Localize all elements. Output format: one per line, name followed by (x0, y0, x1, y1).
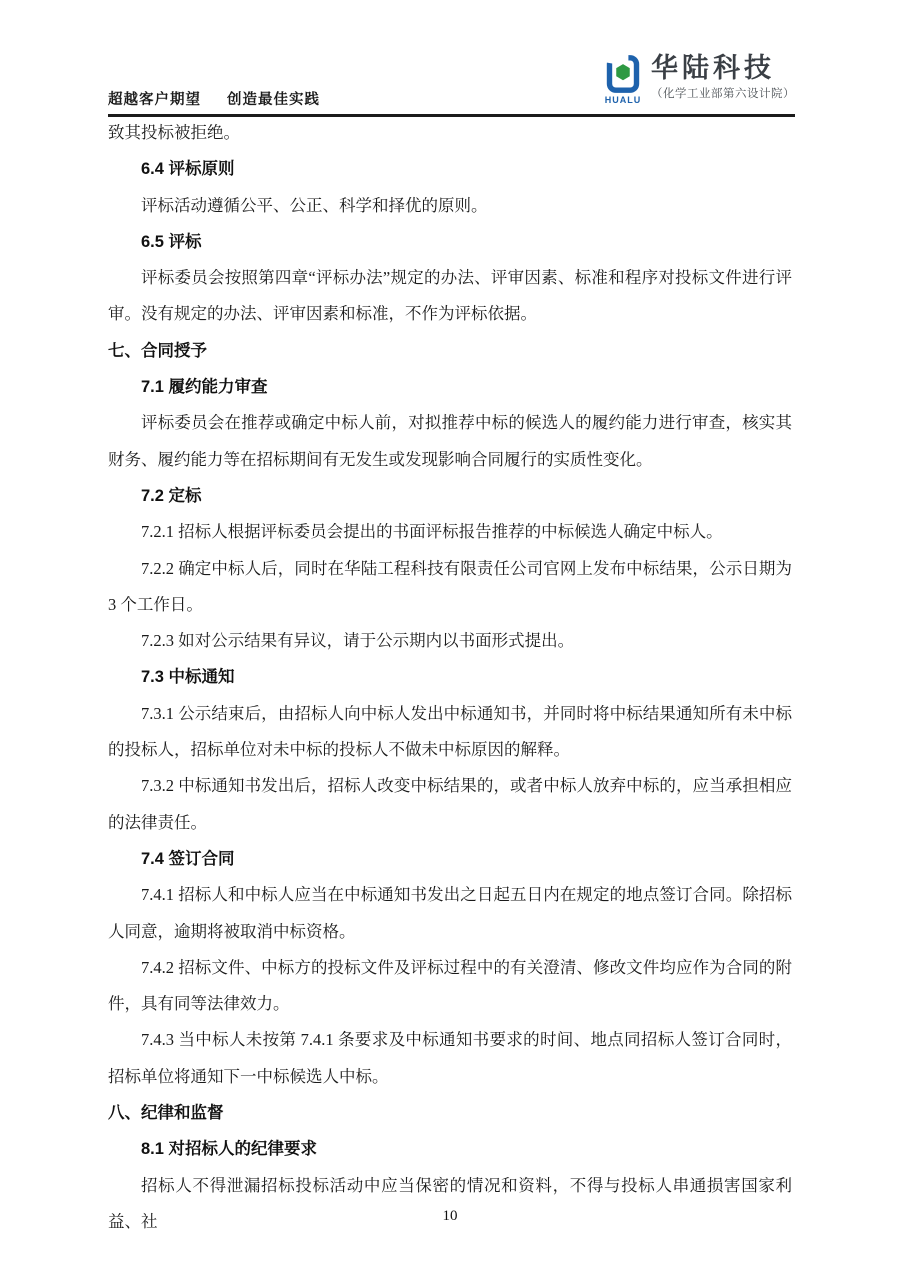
paragraph: 7.2.2 确定中标人后，同时在华陆工程科技有限责任公司官网上发布中标结果，公示… (108, 551, 792, 624)
paragraph: 7.2.1 招标人根据评标委员会提出的书面评标报告推荐的中标候选人确定中标人。 (108, 514, 792, 550)
paragraph: 7.2.3 如对公示结果有异议，请于公示期内以书面形式提出。 (108, 623, 792, 659)
section-heading: 8.1 对招标人的纪律要求 (108, 1131, 792, 1167)
paragraph: 7.4.1 招标人和中标人应当在中标通知书发出之日起五日内在规定的地点签订合同。… (108, 877, 792, 950)
header-tagline: 超越客户期望 创造最佳实践 (108, 88, 320, 109)
section-heading: 八、纪律和监督 (108, 1095, 792, 1131)
section-heading: 7.2 定标 (108, 478, 792, 514)
logo-brand-name: 华陆科技 (651, 54, 795, 82)
section-heading: 七、合同授予 (108, 333, 792, 369)
document-page: 超越客户期望 创造最佳实践 HUALU 华陆科技 （化学工业部第六设计院） 致其… (0, 0, 900, 1273)
section-heading: 7.4 签订合同 (108, 841, 792, 877)
tagline-left: 超越客户期望 (108, 88, 201, 109)
paragraph: 评标委员会在推荐或确定中标人前，对拟推荐中标的候选人的履约能力进行审查，核实其财… (108, 405, 792, 478)
paragraph: 7.4.3 当中标人未按第 7.4.1 条要求及中标通知书要求的时间、地点同招标… (108, 1022, 792, 1095)
logo-subtitle: （化学工业部第六设计院） (651, 85, 795, 101)
logo-text: 华陆科技 （化学工业部第六设计院） (651, 54, 795, 101)
paragraph: 致其投标被拒绝。 (108, 115, 792, 151)
hualu-logo: HUALU 华陆科技 （化学工业部第六设计院） (604, 54, 795, 105)
paragraph: 7.3.1 公示结束后，由招标人向中标人发出中标通知书，并同时将中标结果通知所有… (108, 696, 792, 769)
paragraph: 评标委员会按照第四章“评标办法”规定的办法、评审因素、标准和程序对投标文件进行评… (108, 260, 792, 333)
page-footer: 10 (0, 1204, 900, 1228)
section-heading: 7.3 中标通知 (108, 659, 792, 695)
section-heading: 7.1 履约能力审查 (108, 369, 792, 405)
page-number: 10 (443, 1208, 458, 1224)
paragraph: 评标活动遵循公平、公正、科学和择优的原则。 (108, 188, 792, 224)
tagline-right: 创造最佳实践 (227, 88, 320, 109)
logo-mark: HUALU (604, 54, 642, 105)
logo-latin-text: HUALU (605, 95, 642, 105)
hualu-logo-icon (605, 54, 641, 94)
document-body: 致其投标被拒绝。6.4 评标原则评标活动遵循公平、公正、科学和择优的原则。6.5… (108, 115, 792, 1240)
paragraph: 7.4.2 招标文件、中标方的投标文件及评标过程中的有关澄清、修改文件均应作为合… (108, 950, 792, 1023)
paragraph: 7.3.2 中标通知书发出后，招标人改变中标结果的，或者中标人放弃中标的，应当承… (108, 768, 792, 841)
section-heading: 6.4 评标原则 (108, 151, 792, 187)
section-heading: 6.5 评标 (108, 224, 792, 260)
